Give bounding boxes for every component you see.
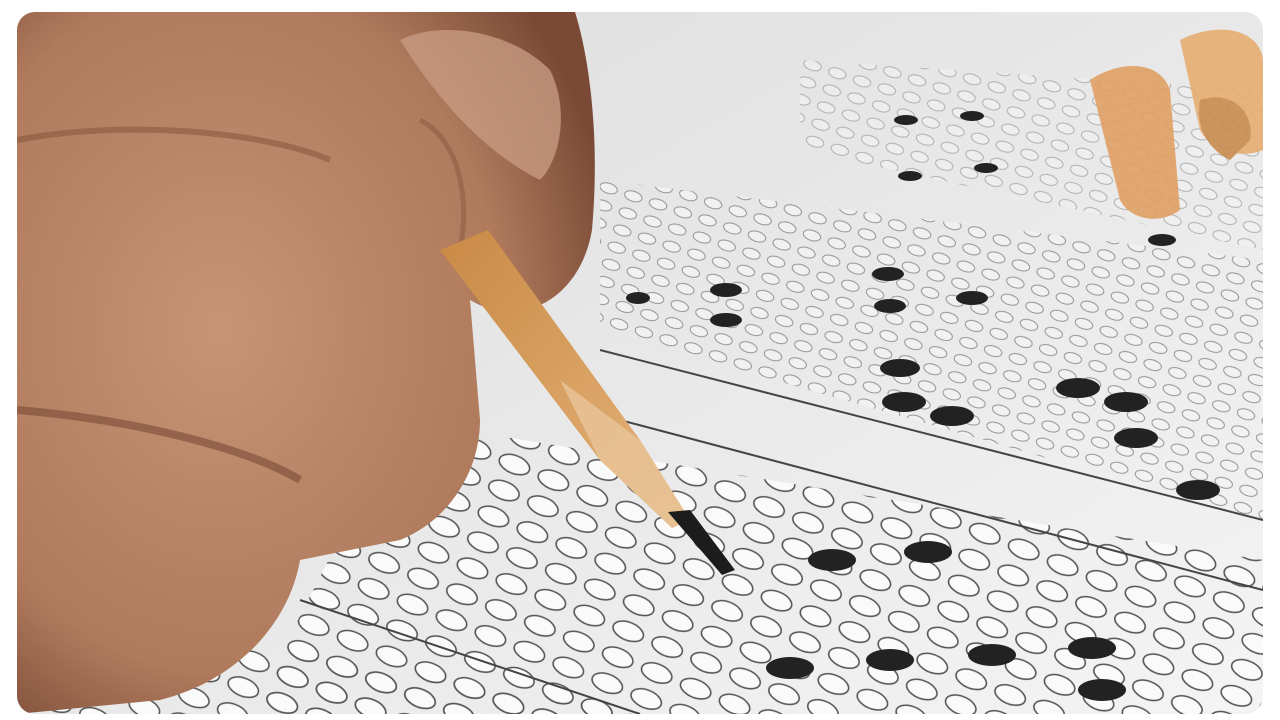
answer-sheet-photo bbox=[17, 12, 1263, 714]
